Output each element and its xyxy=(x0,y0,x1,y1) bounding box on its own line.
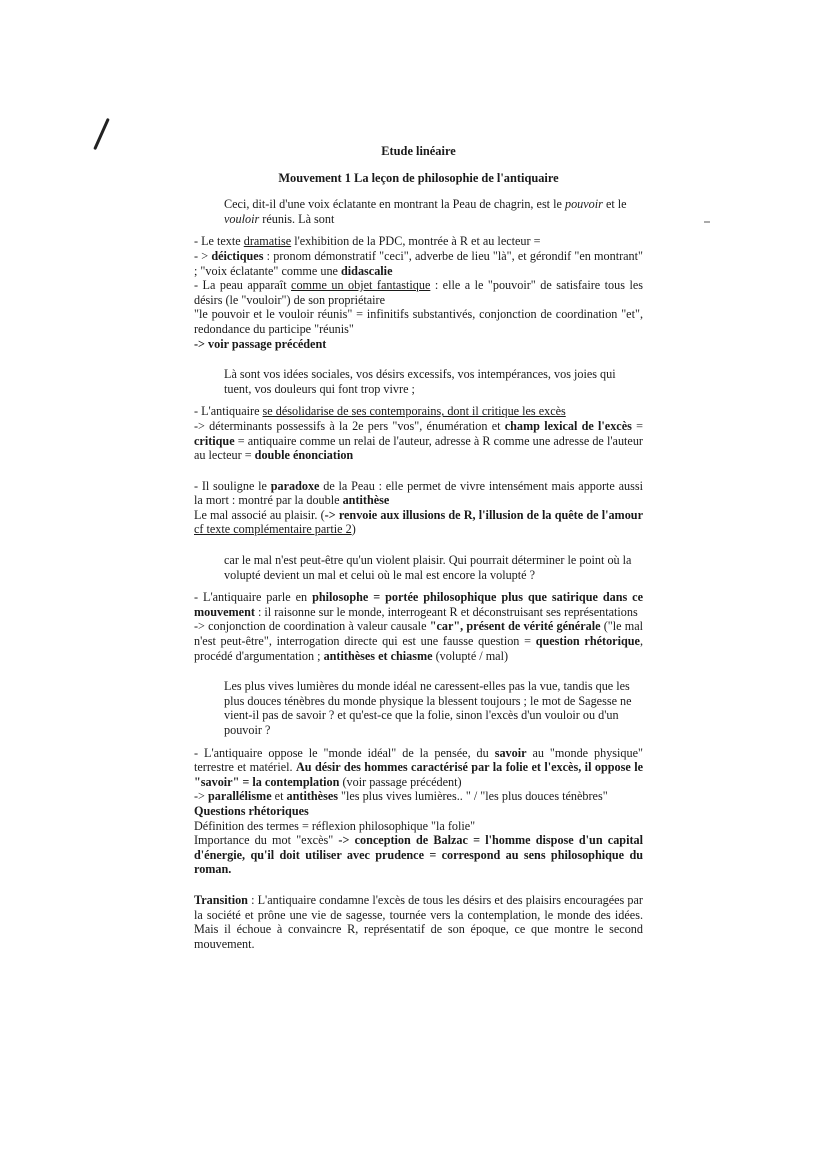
bold-text: savoir xyxy=(495,746,527,760)
text: - > xyxy=(194,249,211,263)
text: = xyxy=(632,419,643,433)
text: - L'antiquaire parle en xyxy=(194,590,312,604)
bold-text: déictiques xyxy=(211,249,263,263)
bold-text: antithèses et chiasme xyxy=(324,649,433,663)
text: - L'antiquaire xyxy=(194,404,263,418)
document-title: Etude linéaire xyxy=(194,144,643,159)
transition-label: Transition xyxy=(194,893,248,907)
bold-text: question rhétorique xyxy=(536,634,640,648)
text: l'exhibition de la PDC, montrée à R et a… xyxy=(291,234,540,248)
text: : il raisonne sur le monde, interrogeant… xyxy=(255,605,638,619)
quote-3: car le mal n'est peut-être qu'un violent… xyxy=(224,553,643,582)
bold-text: "car", présent de vérité générale xyxy=(430,619,601,633)
section-title: Mouvement 1 La leçon de philosophie de l… xyxy=(194,171,643,186)
text: (voir passage précédent) xyxy=(339,775,461,789)
document-page: Etude linéaire Mouvement 1 La leçon de p… xyxy=(194,144,643,967)
text: "les plus vives lumières.. " / "les plus… xyxy=(338,789,608,803)
text: Le mal associé au plaisir. ( xyxy=(194,508,325,522)
margin-mark xyxy=(704,221,710,223)
analysis-line: Le mal associé au plaisir. (-> renvoie a… xyxy=(194,508,643,537)
bold-text: champ lexical de l'excès xyxy=(505,419,632,433)
text: Importance du mot "excès" xyxy=(194,833,338,847)
analysis-line: - Il souligne le paradoxe de la Peau : e… xyxy=(194,479,643,508)
analysis-3: - Il souligne le paradoxe de la Peau : e… xyxy=(194,479,643,537)
bold-text: didascalie xyxy=(341,264,392,278)
underlined-text: comme un objet fantastique xyxy=(291,278,430,292)
underlined-text: cf texte complémentaire partie 2 xyxy=(194,522,352,536)
analysis-line: - L'antiquaire parle en philosophe = por… xyxy=(194,590,643,619)
transition-line: Transition : L'antiquaire condamne l'exc… xyxy=(194,893,643,951)
underlined-text: dramatise xyxy=(244,234,291,248)
quote-2: Là sont vos idées sociales, vos désirs e… xyxy=(224,367,643,396)
analysis-line: "le pouvoir et le vouloir réunis" = infi… xyxy=(194,307,643,336)
text: ) xyxy=(352,522,356,536)
quote-text: Ceci, dit-il d'une voix éclatante en mon… xyxy=(224,197,565,211)
quote-1: Ceci, dit-il d'une voix éclatante en mon… xyxy=(224,197,643,226)
bold-text: antithèse xyxy=(343,493,390,507)
bold-text: -> voir passage précédent xyxy=(194,337,326,351)
analysis-line: - Le texte dramatise l'exhibition de la … xyxy=(194,234,643,249)
analysis-line: -> déterminants possessifs à la 2e pers … xyxy=(194,419,643,463)
bold-text: critique xyxy=(194,434,235,448)
bold-text: Questions rhétoriques xyxy=(194,804,309,818)
bold-text: double énonciation xyxy=(255,448,354,462)
text: -> déterminants possessifs à la 2e pers … xyxy=(194,419,505,433)
quote-text: et le xyxy=(603,197,627,211)
analysis-line: Importance du mot "excès" -> conception … xyxy=(194,833,643,877)
quote-italic-pouvoir: pouvoir xyxy=(565,197,603,211)
text: - Le texte xyxy=(194,234,244,248)
analysis-4: - L'antiquaire parle en philosophe = por… xyxy=(194,590,643,663)
bold-text: -> renvoie aux illusions de R, l'illusio… xyxy=(325,508,643,522)
analysis-line: - La peau apparaît comme un objet fantas… xyxy=(194,278,643,307)
analysis-line: - L'antiquaire oppose le "monde idéal" d… xyxy=(194,746,643,790)
text: -> xyxy=(194,789,208,803)
quote-italic-vouloir: vouloir xyxy=(224,212,259,226)
analysis-2: - L'antiquaire se désolidarise de ses co… xyxy=(194,404,643,462)
analysis-line: -> voir passage précédent xyxy=(194,337,643,352)
text: - L'antiquaire oppose le "monde idéal" d… xyxy=(194,746,495,760)
pen-stroke-mark xyxy=(93,118,110,150)
bold-text: paradoxe xyxy=(271,479,320,493)
bold-text: parallélisme xyxy=(208,789,272,803)
bold-text: antithèses xyxy=(287,789,338,803)
transition-paragraph: Transition : L'antiquaire condamne l'exc… xyxy=(194,893,643,951)
analysis-1: - Le texte dramatise l'exhibition de la … xyxy=(194,234,643,351)
text: - La peau apparaît xyxy=(194,278,291,292)
analysis-line: Questions rhétoriques xyxy=(194,804,643,819)
analysis-line: - L'antiquaire se désolidarise de ses co… xyxy=(194,404,643,419)
text: -> conjonction de coordination à valeur … xyxy=(194,619,430,633)
text: (volupté / mal) xyxy=(433,649,508,663)
underlined-text: se désolidarise de ses contemporains, do… xyxy=(263,404,566,418)
text: - Il souligne le xyxy=(194,479,271,493)
quote-text: réunis. Là sont xyxy=(259,212,334,226)
analysis-line: -> conjonction de coordination à valeur … xyxy=(194,619,643,663)
text: et xyxy=(272,789,287,803)
analysis-line: Définition des termes = réflexion philos… xyxy=(194,819,643,834)
analysis-line: - > déictiques : pronom démonstratif "ce… xyxy=(194,249,643,278)
analysis-5: - L'antiquaire oppose le "monde idéal" d… xyxy=(194,746,643,877)
quote-4: Les plus vives lumières du monde idéal n… xyxy=(224,679,643,737)
analysis-line: -> parallélisme et antithèses "les plus … xyxy=(194,789,643,804)
transition-text: : L'antiquaire condamne l'excès de tous … xyxy=(194,893,643,951)
